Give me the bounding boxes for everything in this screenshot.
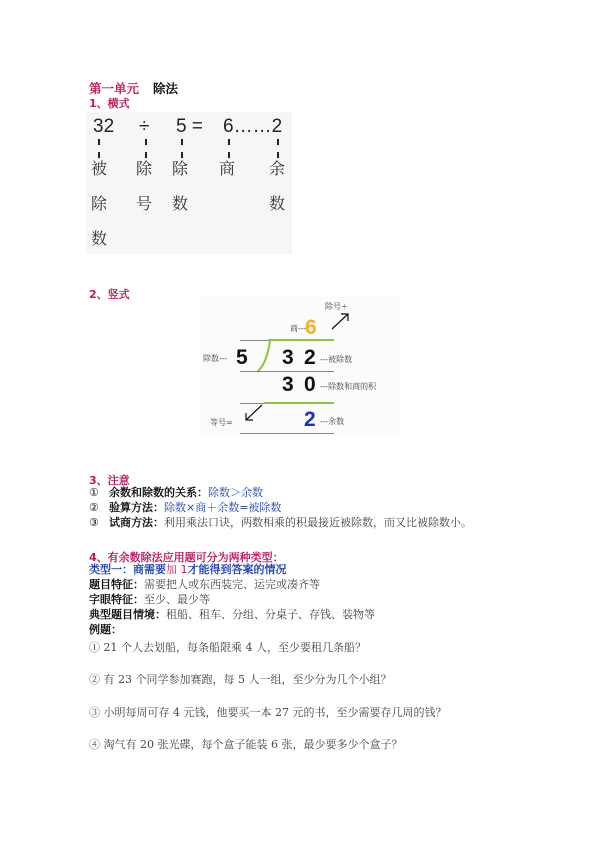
note-item: ①余数和除数的关系：除数＞余数 (89, 486, 263, 500)
dashed-connector (228, 139, 230, 158)
label-char: 除 (172, 160, 188, 178)
section-heading-vertical-form: 2、竖式 (89, 286, 130, 302)
topic-label: 除法 (153, 81, 178, 96)
product-digit: 0 (304, 374, 316, 396)
dashed-connector (98, 139, 100, 158)
feature-key: 题目特征： (89, 578, 144, 591)
type-one-highlight: 加 1 (166, 563, 188, 576)
label-char: 数 (269, 195, 285, 213)
note-key: 验算方法： (109, 501, 164, 514)
rule-line (240, 433, 334, 434)
feature-value: 至少、最少等 (144, 593, 210, 606)
feature-line: 字眼特征：至少、最少等 (89, 593, 210, 607)
example-problem: ② 有 23 个同学参加赛跑，每 5 人一组，至少分为几个小组？ (89, 673, 391, 687)
feature-value: 需要把人或东西装完、运完或凑齐等 (144, 578, 320, 591)
label-char: 余 (269, 160, 285, 178)
feature-line: 典型题目情境：租船、租车、分组、分桌子、存钱、装物等 (89, 608, 375, 622)
remainder-digit: 2 (304, 409, 316, 431)
divisor-label: 除数--- (203, 354, 227, 364)
examples-label: 例题： (89, 623, 122, 637)
dividend-digit: 2 (304, 347, 316, 369)
example-problem: ③ 小明每周可存 4 元钱，他要买一本 27 元的书，至少需要存几周的钱？ (89, 706, 446, 720)
dashed-connector (277, 139, 279, 158)
product-digit: 3 (282, 374, 294, 396)
item-marker: ③ (89, 516, 109, 530)
equals-label: 等号= (210, 418, 233, 428)
arrow-down-left-icon (242, 403, 264, 423)
arrow-up-right-icon (330, 311, 352, 331)
label-char: 除 (136, 160, 152, 178)
division-operator: ÷ (139, 116, 149, 138)
label-char: 数 (172, 195, 188, 213)
note-key: 试商方法： (109, 516, 164, 529)
dividend-digit: 3 (282, 347, 294, 369)
long-division-diagram: 除号÷ 商--- 6 除数--- 5 3 2 ---被除数 3 0 ---除数和… (200, 297, 400, 437)
rule-line (240, 371, 334, 372)
feature-key: 典型题目情境： (89, 608, 166, 621)
example-problem: ① 21 个人去划船，每条船限乘 4 人，至少要租几条船？ (89, 641, 366, 655)
note-item: ③试商方法：利用乘法口诀，两数相乘的积最接近被除数，而又比被除数小。 (89, 516, 472, 530)
dashed-connector (145, 139, 147, 158)
feature-key: 字眼特征： (89, 593, 144, 606)
feature-line: 题目特征：需要把人或东西装完、运完或凑齐等 (89, 578, 320, 592)
horizontal-form-diagram: 32 ÷ 5 = 6……2 被 除 数 除 号 除 数 商 余 数 (86, 112, 292, 254)
type-one-suffix: 才能得到答案的情况 (188, 563, 287, 576)
note-key: 余数和除数的关系： (109, 486, 208, 499)
feature-value: 租船、租车、分组、分桌子、存钱、装物等 (166, 608, 375, 621)
type-one-heading: 类型一：商需要加 1才能得到答案的情况 (89, 563, 287, 577)
division-bracket-curve (255, 338, 273, 374)
note-value: 利用乘法口诀，两数相乘的积最接近被除数，而又比被除数小。 (164, 516, 472, 529)
divisor-number: 5 = (176, 116, 203, 138)
divisor-digit: 5 (236, 347, 248, 369)
item-marker: ① (89, 486, 109, 500)
quotient-label: 商--- (290, 324, 306, 334)
dividend-label: ---被除数 (320, 355, 352, 365)
label-char: 商 (219, 160, 235, 178)
note-value: 除数×商＋余数=被除数 (164, 501, 281, 514)
product-label: ---除数和商的积 (320, 382, 376, 392)
label-char: 数 (91, 230, 107, 248)
division-bracket-top (268, 339, 334, 341)
label-char: 号 (136, 195, 152, 213)
remainder-label: ---余数 (320, 417, 344, 427)
note-item: ②验算方法：除数×商＋余数=被除数 (89, 501, 281, 515)
dividend-number: 32 (93, 116, 114, 138)
quotient-remainder: 6……2 (223, 116, 282, 138)
type-one-prefix: 类型一：商需要 (89, 563, 166, 576)
quotient-digit: 6 (305, 317, 317, 339)
item-marker: ② (89, 501, 109, 515)
subtraction-line (264, 402, 334, 404)
note-value: 除数＞余数 (208, 486, 263, 499)
label-char: 被 (91, 160, 107, 178)
section-heading-horizontal-form: 1、横式 (89, 95, 130, 111)
unit-label: 第一单元 (89, 81, 139, 96)
example-problem: ④ 淘气有 20 张光碟，每个盒子能装 6 张，最少要多少个盒子？ (89, 738, 402, 752)
dashed-connector (181, 139, 183, 158)
label-char: 除 (91, 195, 107, 213)
